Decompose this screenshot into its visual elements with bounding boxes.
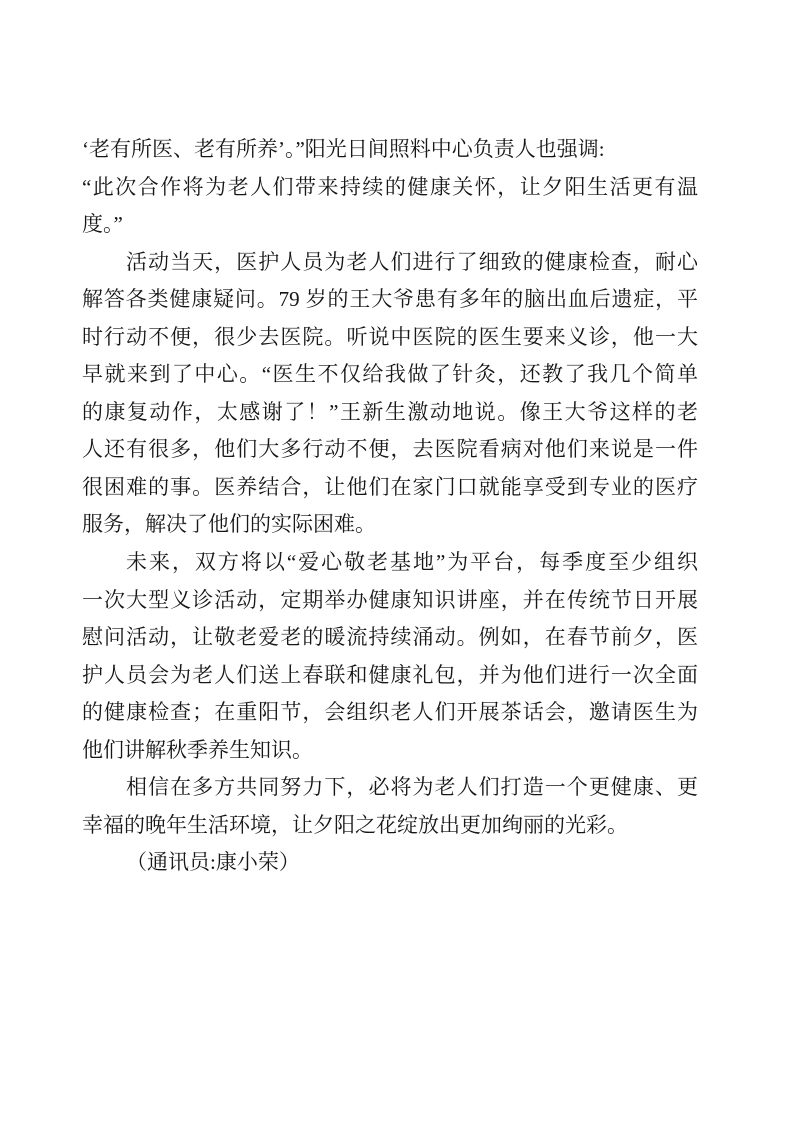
text-line: 慰问活动，让敬老爱老的暖流持续涌动。例如，在春节前夕，医 — [82, 619, 698, 657]
text-line: ‘老有所医、老有所养’。”阳光日间照料中心负责人也强调: — [82, 131, 698, 169]
text-line: 时行动不便，很少去医院。听说中医院的医生要来义诊，他一大 — [82, 319, 698, 357]
text-line: 幸福的晚年生活环境，让夕阳之花绽放出更加绚丽的光彩。 — [82, 807, 698, 845]
text-line: 的健康检查；在重阳节，会组织老人们开展茶话会，邀请医生为 — [82, 694, 698, 732]
text-line: 人还有很多，他们大多行动不便，去医院看病对他们来说是一件 — [82, 431, 698, 469]
text-line: 解答各类健康疑问。79 岁的王大爷患有多年的脑出血后遗症，平 — [82, 281, 698, 319]
document-page: ‘老有所医、老有所养’。”阳光日间照料中心负责人也强调:“此次合作将为老人们带来… — [0, 0, 793, 1122]
text-line: “此次合作将为老人们带来持续的健康关怀，让夕阳生活更有温 — [82, 169, 698, 207]
text-line: 服务，解决了他们的实际困难。 — [82, 506, 698, 544]
text-line: 未来，双方将以“爱心敬老基地”为平台，每季度至少组织 — [82, 544, 698, 582]
text-line: 他们讲解秋季养生知识。 — [82, 732, 698, 770]
text-line: 相信在多方共同努力下，必将为老人们打造一个更健康、更 — [82, 769, 698, 807]
text-line: （通讯员:康小荣） — [82, 844, 698, 882]
text-line: 很困难的事。医养结合，让他们在家门口就能享受到专业的医疗 — [82, 469, 698, 507]
text-line: 活动当天，医护人员为老人们进行了细致的健康检查，耐心 — [82, 244, 698, 282]
document-text: ‘老有所医、老有所养’。”阳光日间照料中心负责人也强调:“此次合作将为老人们带来… — [82, 131, 698, 882]
text-line: 的康复动作，太感谢了！”王新生激动地说。像王大爷这样的老 — [82, 394, 698, 432]
text-line: 护人员会为老人们送上春联和健康礼包，并为他们进行一次全面 — [82, 657, 698, 695]
text-line: 早就来到了中心。“医生不仅给我做了针灸，还教了我几个简单 — [82, 356, 698, 394]
text-line: 一次大型义诊活动，定期举办健康知识讲座，并在传统节日开展 — [82, 582, 698, 620]
text-line: 度。” — [82, 206, 698, 244]
